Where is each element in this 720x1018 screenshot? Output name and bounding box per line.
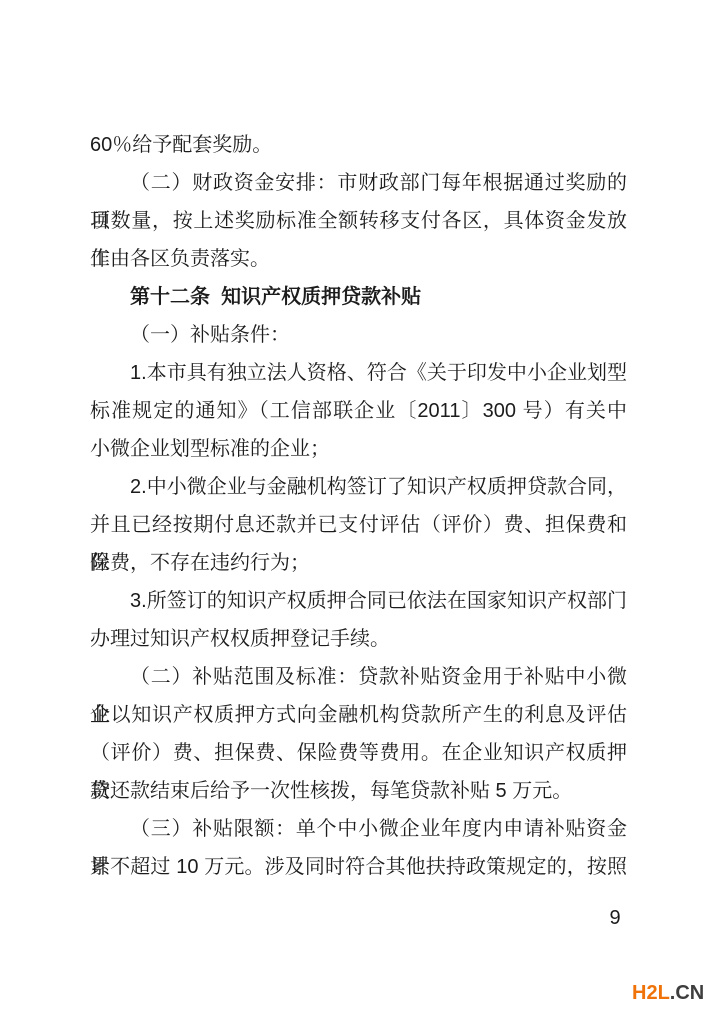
- text-line: 款还款结束后给予一次性核拨，每笔贷款补贴 5 万元。: [90, 772, 627, 810]
- document-page: 60％给予配套奖励。（二）财政资金安排：市财政部门每年根据通过奖励的项目数量，按…: [0, 0, 720, 1018]
- text-line: 1.本市具有独立法人资格、符合《关于印发中小企业划型: [90, 354, 627, 392]
- text-line: 办理过知识产权权质押登记手续。: [90, 620, 627, 658]
- text-line: 60％给予配套奖励。: [90, 126, 627, 164]
- document-body: 60％给予配套奖励。（二）财政资金安排：市财政部门每年根据通过奖励的项目数量，按…: [90, 126, 627, 886]
- text-line: （评价）费、担保费、保险费等费用。在企业知识产权质押贷: [90, 734, 627, 772]
- page-number: 9: [600, 906, 630, 930]
- text-line: 小微企业划型标准的企业；: [90, 430, 627, 468]
- text-line: 2.中小微企业与金融机构签订了知识产权质押贷款合同，: [90, 468, 627, 506]
- text-line: 标准规定的通知》（工信部联企业〔2011〕300 号）有关中: [90, 392, 627, 430]
- text-line: 并且已经按期付息还款并已支付评估（评价）费、担保费和保: [90, 506, 627, 544]
- text-line: 业以知识产权质押方式向金融机构贷款所产生的利息及评估: [90, 696, 627, 734]
- watermark-secondary-text: .CN: [670, 982, 704, 1004]
- text-line: （一）补贴条件：: [90, 316, 627, 354]
- text-line: 计不超过 10 万元。涉及同时符合其他扶持政策规定的，按照: [90, 848, 627, 886]
- watermark-primary-text: H2L: [632, 982, 670, 1004]
- text-line: 目数量，按上述奖励标准全额转移支付各区，具体资金发放工: [90, 202, 627, 240]
- text-line: 作由各区负责落实。: [90, 240, 627, 278]
- text-line: （三）补贴限额：单个中小微企业年度内申请补贴资金累: [90, 810, 627, 848]
- site-watermark: H2L.CN: [632, 982, 704, 1004]
- text-line: 险费，不存在违约行为；: [90, 544, 627, 582]
- text-line: 3.所签订的知识产权质押合同已依法在国家知识产权部门: [90, 582, 627, 620]
- text-line: 第十二条 知识产权质押贷款补贴: [90, 278, 627, 316]
- text-line: （二）补贴范围及标准：贷款补贴资金用于补贴中小微企: [90, 658, 627, 696]
- text-line: （二）财政资金安排：市财政部门每年根据通过奖励的项: [90, 164, 627, 202]
